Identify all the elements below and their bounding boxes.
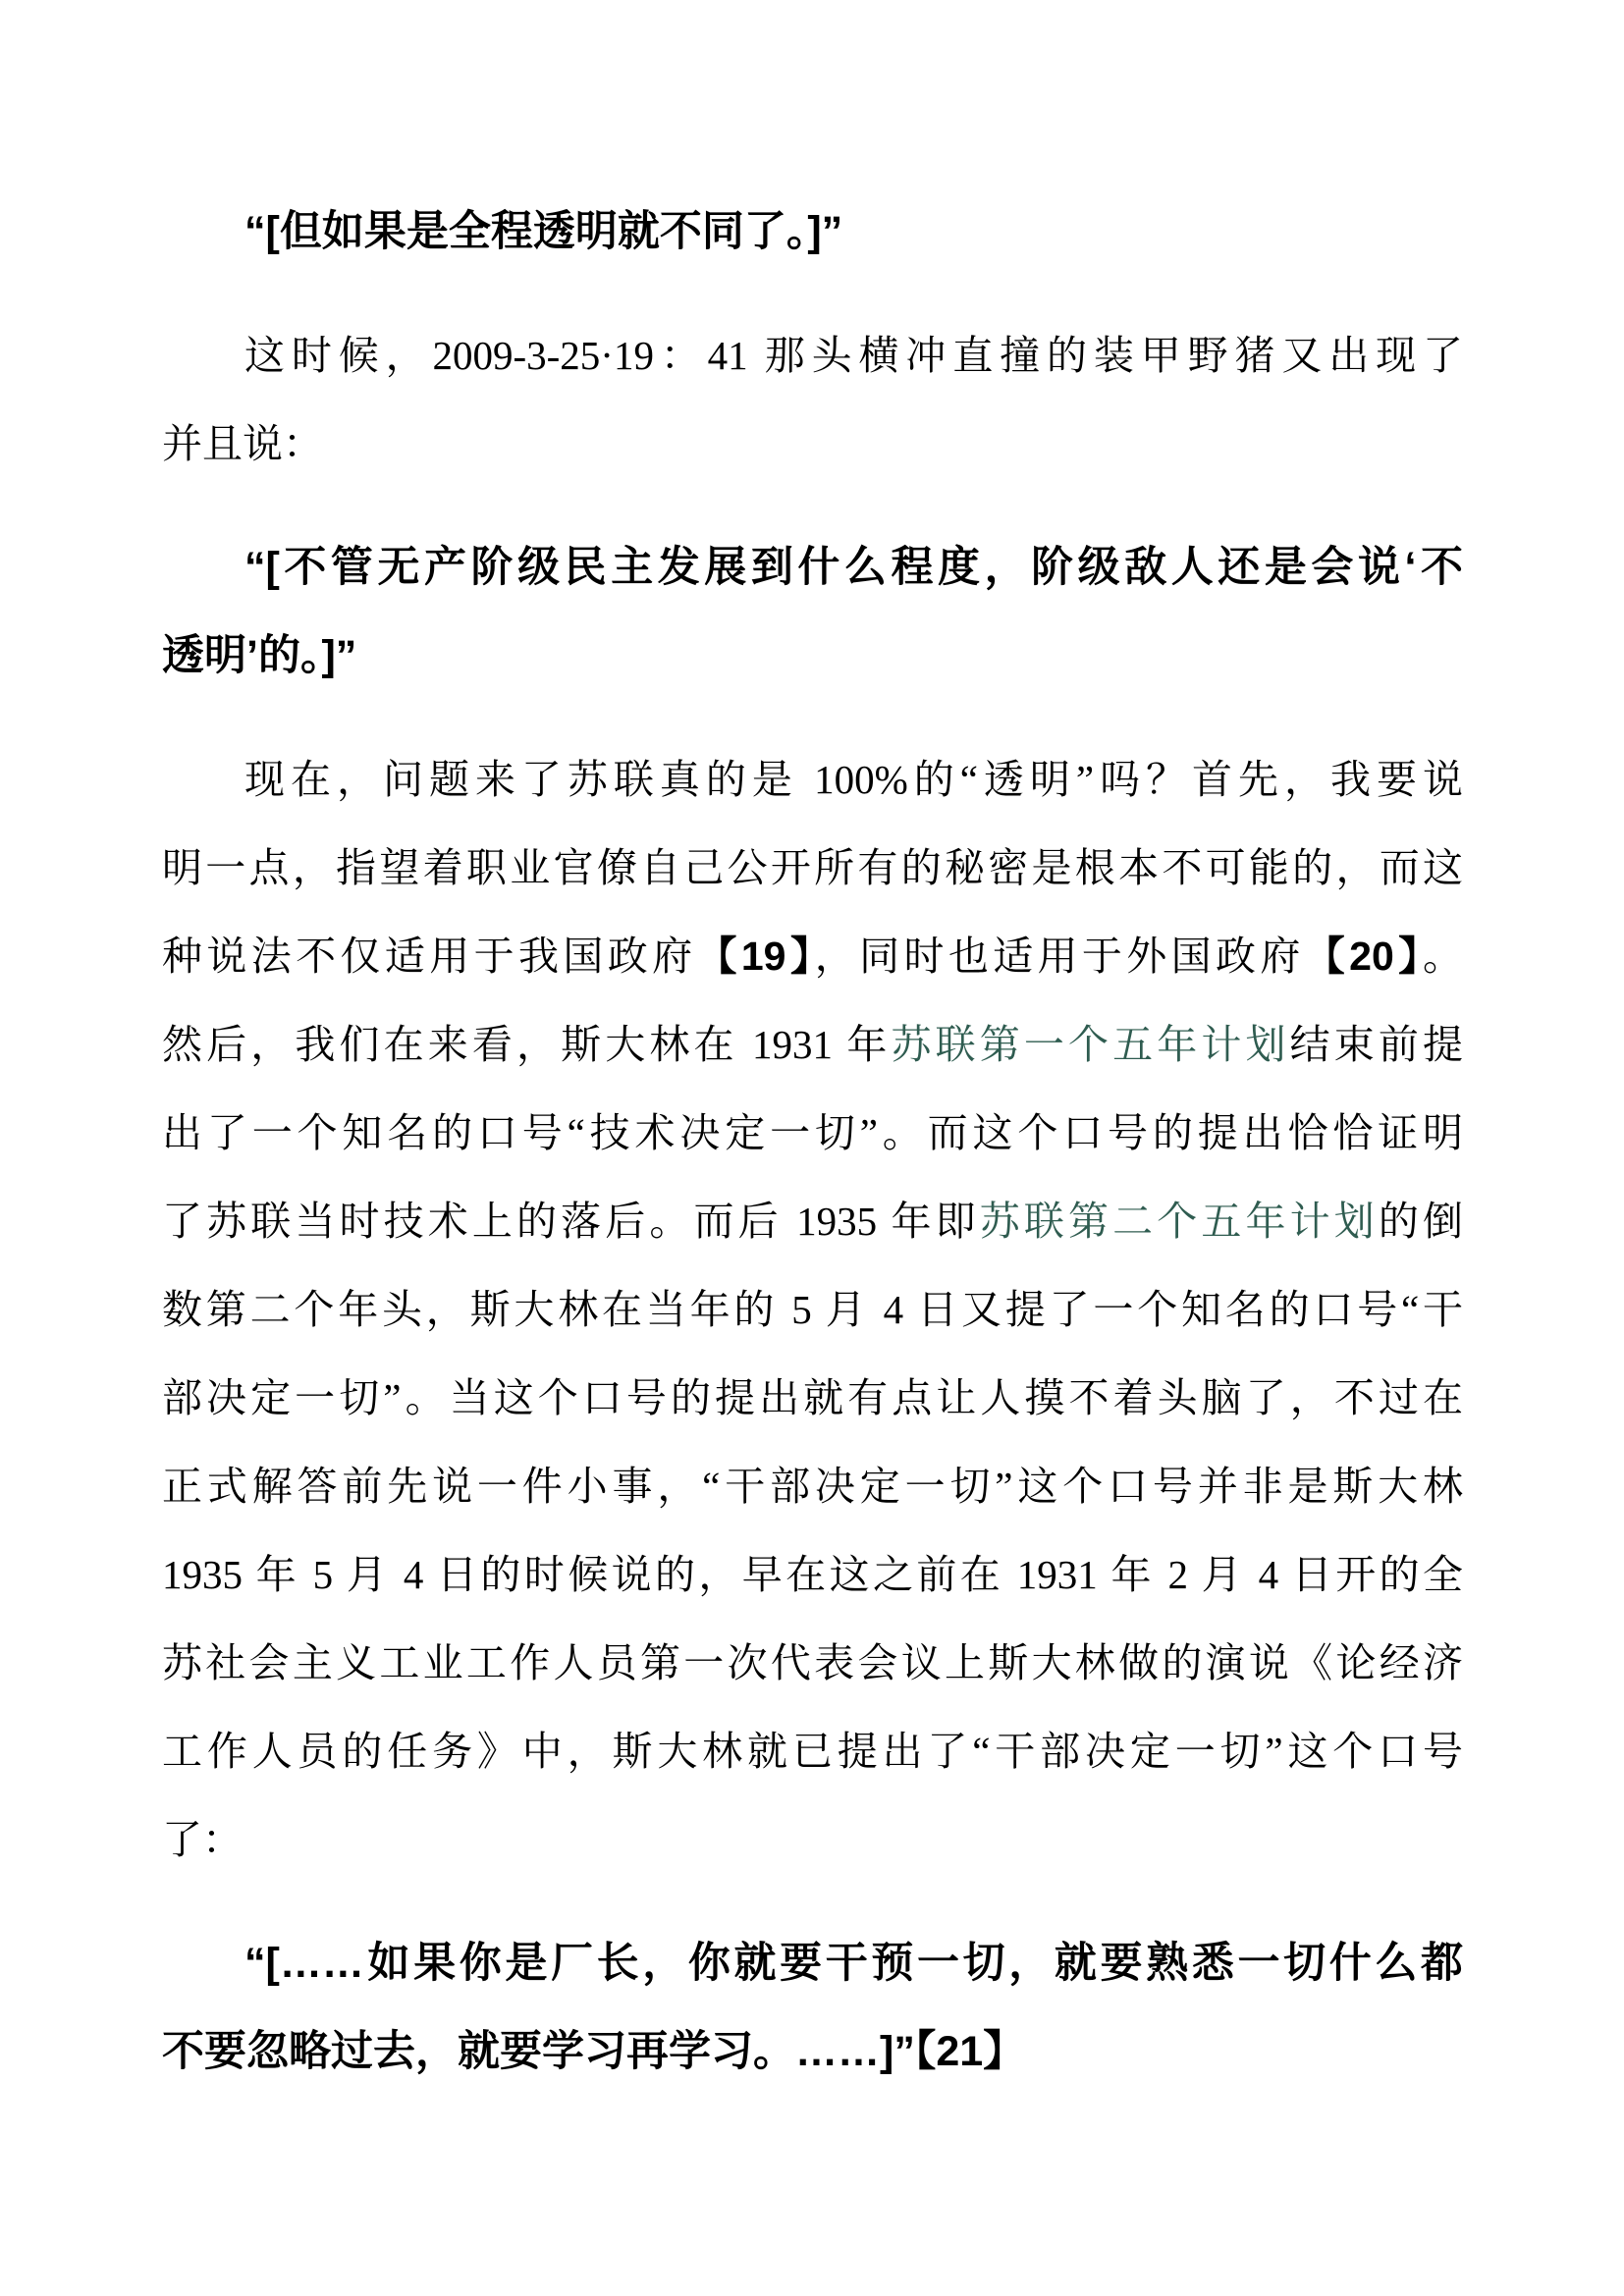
body-paragraph-2: 现在，问题来了苏联真的是 100%的“透明”吗？首先，我要说明一点，指望着职业官… xyxy=(162,735,1463,1884)
inline-link[interactable]: 苏联第二个五年计划 xyxy=(980,1199,1379,1244)
bold-text: “[……如果你是厂长，你就要干预一切，就要熟悉一切什么都 xyxy=(244,1940,1463,1987)
text-line: 明一点，指望着职业官僚自己公开所有的秘密是根本不可能的，而这 xyxy=(162,824,1463,912)
body-text: 工作人员的任务》中，斯大林就已提出了“干部决定一切”这个口号 xyxy=(162,1729,1463,1774)
body-text: 然后，我们在来看，斯大林在 1931 年 xyxy=(162,1022,892,1067)
footnote-ref: 【19】 xyxy=(696,934,814,979)
body-text: 了： xyxy=(162,1817,243,1862)
text-line: 种说法不仅适用于我国政府【19】，同时也适用于外国政府【20】。 xyxy=(162,912,1463,1000)
body-text: 这时候，2009-3-25·19：41 那头横冲直撞的装甲野猪又出现了 xyxy=(244,333,1463,378)
body-text: 了苏联当时技术上的落后。而后 1935 年即 xyxy=(162,1199,980,1244)
body-text: 苏社会主义工业工作人员第一次代表会议上斯大林做的演说《论经济 xyxy=(162,1640,1463,1685)
text-line: 然后，我们在来看，斯大林在 1931 年苏联第一个五年计划结束前提 xyxy=(162,1000,1463,1089)
quote-paragraph-1: “[但如果是全程透明就不同了。]” xyxy=(162,187,1463,276)
text-line: 不要忽略过去，就要学习再学习。……]”【21】 xyxy=(162,2007,1463,2096)
text-line: 了： xyxy=(162,1795,1463,1884)
footnote-ref: 【21】 xyxy=(915,2028,1025,2075)
text-line: 现在，问题来了苏联真的是 100%的“透明”吗？首先，我要说 xyxy=(162,735,1463,824)
body-text: 。 xyxy=(1423,934,1463,979)
body-text: ，同时也适用于外国政府 xyxy=(815,934,1305,979)
bold-text: “[不管无产阶级民主发展到什么程度，阶级敌人还是会说‘不 xyxy=(244,544,1463,591)
text-line: “[但如果是全程透明就不同了。]” xyxy=(162,187,1463,276)
text-line: 苏社会主义工业工作人员第一次代表会议上斯大林做的演说《论经济 xyxy=(162,1619,1463,1707)
body-text: 结束前提 xyxy=(1290,1022,1463,1067)
document-page: “[但如果是全程透明就不同了。]” 这时候，2009-3-25·19：41 那头… xyxy=(0,0,1624,2296)
quote-paragraph-3: “[……如果你是厂长，你就要干预一切，就要熟悉一切什么都不要忽略过去，就要学习再… xyxy=(162,1919,1463,2096)
body-text: 部决定一切”。当这个口号的提出就有点让人摸不着头脑了，不过在 xyxy=(162,1375,1463,1420)
text-line: 部决定一切”。当这个口号的提出就有点让人摸不着头脑了，不过在 xyxy=(162,1354,1463,1442)
bold-text: 不要忽略过去，就要学习再学习。……]” xyxy=(162,2028,915,2075)
text-line: 并且说： xyxy=(162,400,1463,488)
bold-text: 透明’的。]” xyxy=(162,632,356,679)
text-line: 正式解答前先说一件小事，“干部决定一切”这个口号并非是斯大林 xyxy=(162,1442,1463,1530)
body-text: 出了一个知名的口号“技术决定一切”。而这个口号的提出恰恰证明 xyxy=(162,1110,1463,1155)
text-line: “[……如果你是厂长，你就要干预一切，就要熟悉一切什么都 xyxy=(162,1919,1463,2007)
text-line: “[不管无产阶级民主发展到什么程度，阶级敌人还是会说‘不 xyxy=(162,523,1463,612)
text-line: 了苏联当时技术上的落后。而后 1935 年即苏联第二个五年计划的倒 xyxy=(162,1177,1463,1265)
body-text: 1935 年 5 月 4 日的时候说的，早在这之前在 1931 年 2 月 4 … xyxy=(162,1552,1463,1597)
text-line: 透明’的。]” xyxy=(162,612,1463,700)
body-text: 并且说： xyxy=(162,421,323,466)
quote-paragraph-2: “[不管无产阶级民主发展到什么程度，阶级敌人还是会说‘不透明’的。]” xyxy=(162,523,1463,700)
body-text: 种说法不仅适用于我国政府 xyxy=(162,934,696,979)
text-line: 出了一个知名的口号“技术决定一切”。而这个口号的提出恰恰证明 xyxy=(162,1089,1463,1177)
body-text: 现在，问题来了苏联真的是 100%的“透明”吗？首先，我要说 xyxy=(244,757,1463,802)
body-text: 数第二个年头，斯大林在当年的 5 月 4 日又提了一个知名的口号“干 xyxy=(162,1287,1463,1332)
body-text: 正式解答前先说一件小事，“干部决定一切”这个口号并非是斯大林 xyxy=(162,1464,1463,1509)
body-paragraph-1: 这时候，2009-3-25·19：41 那头横冲直撞的装甲野猪又出现了并且说： xyxy=(162,311,1463,488)
bold-text: “[但如果是全程透明就不同了。]” xyxy=(244,208,842,255)
inline-link[interactable]: 苏联第一个五年计划 xyxy=(892,1022,1290,1067)
body-text: 的倒 xyxy=(1379,1199,1463,1244)
body-text: 明一点，指望着职业官僚自己公开所有的秘密是根本不可能的，而这 xyxy=(162,845,1463,890)
text-line: 工作人员的任务》中，斯大林就已提出了“干部决定一切”这个口号 xyxy=(162,1707,1463,1795)
document-content: “[但如果是全程透明就不同了。]” 这时候，2009-3-25·19：41 那头… xyxy=(162,187,1463,2131)
text-line: 1935 年 5 月 4 日的时候说的，早在这之前在 1931 年 2 月 4 … xyxy=(162,1530,1463,1619)
text-line: 这时候，2009-3-25·19：41 那头横冲直撞的装甲野猪又出现了 xyxy=(162,311,1463,400)
text-line: 数第二个年头，斯大林在当年的 5 月 4 日又提了一个知名的口号“干 xyxy=(162,1265,1463,1354)
footnote-ref: 【20】 xyxy=(1305,934,1423,979)
